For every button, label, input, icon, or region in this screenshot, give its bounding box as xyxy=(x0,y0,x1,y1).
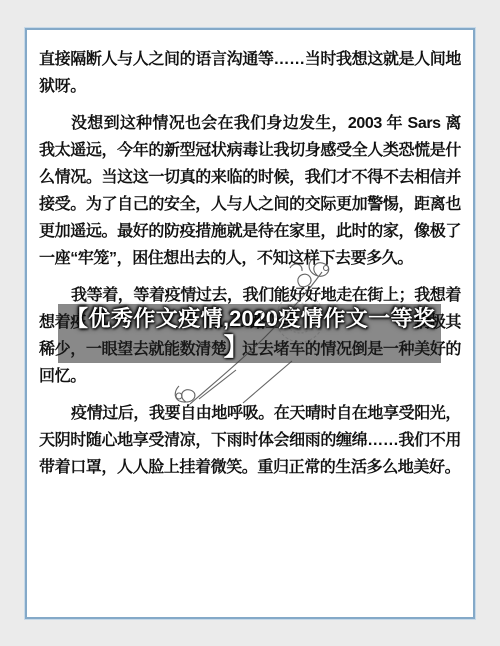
text-line: 天阴时随心地享受清凉，下雨时体会细雨的缠绵……我们不用 xyxy=(39,427,461,454)
paragraph-3: 我等着，等着疫情过去，我们能好好地走在街上；我想着， 想着疫 情……路上车 辆极… xyxy=(39,282,461,390)
text-line: 带着口罩，人人脸上挂着微笑。重归正常的生活多么地美好。 xyxy=(39,454,461,481)
text-line: 没想到这种情况也会在我们身边发生，2003 年 Sars 离 xyxy=(39,110,461,137)
overlay-title-banner: 【优秀作文疫情,2020疫情作文一等奖 】 xyxy=(58,304,441,363)
text-line: 疫情过后，我要自由地呼吸。在天晴时自在地享受阳光， xyxy=(39,400,461,427)
text-line: 么情况。当这这一切真的来临的时候，我们才不得不去相信并 xyxy=(39,164,461,191)
text-line: 一座“牢笼”，困住想出去的人，不知这样下去要多久。 xyxy=(39,245,461,272)
paragraph-4: 疫情过后，我要自由地呼吸。在天晴时自在地享受阳光， 天阴时随心地享受清凉，下雨时… xyxy=(39,400,461,481)
overlay-title-text: 【优秀作文疫情,2020疫情作文一等奖 xyxy=(58,304,441,334)
page-background: 直接隔断人与人之间的语言沟通等……当时我想这就是人间地 狱呀。 没想到这种情况也… xyxy=(0,0,500,646)
paragraph-2: 没想到这种情况也会在我们身边发生，2003 年 Sars 离 我太遥远，今年的新… xyxy=(39,110,461,272)
text-line: 狱呀。 xyxy=(39,73,461,100)
text-line: 更加遥远。最好的防疫措施就是待在家里，此时的家，像极了 xyxy=(39,218,461,245)
text-line: 回忆。 xyxy=(39,363,461,390)
text-line: 接受。为了自己的安全，人与人之间的交际更加警惕，距离也 xyxy=(39,191,461,218)
text-line: 直接隔断人与人之间的语言沟通等……当时我想这就是人间地 xyxy=(39,46,461,73)
document-page: 直接隔断人与人之间的语言沟通等……当时我想这就是人间地 狱呀。 没想到这种情况也… xyxy=(25,28,475,619)
paragraph-1: 直接隔断人与人之间的语言沟通等……当时我想这就是人间地 狱呀。 xyxy=(39,46,461,100)
text-line: 我太遥远，今年的新型冠状病毒让我切身感受全人类恐慌是什 xyxy=(39,137,461,164)
document-content: 直接隔断人与人之间的语言沟通等……当时我想这就是人间地 狱呀。 没想到这种情况也… xyxy=(27,30,473,481)
overlay-title-closing-bracket: 】 xyxy=(44,334,427,361)
